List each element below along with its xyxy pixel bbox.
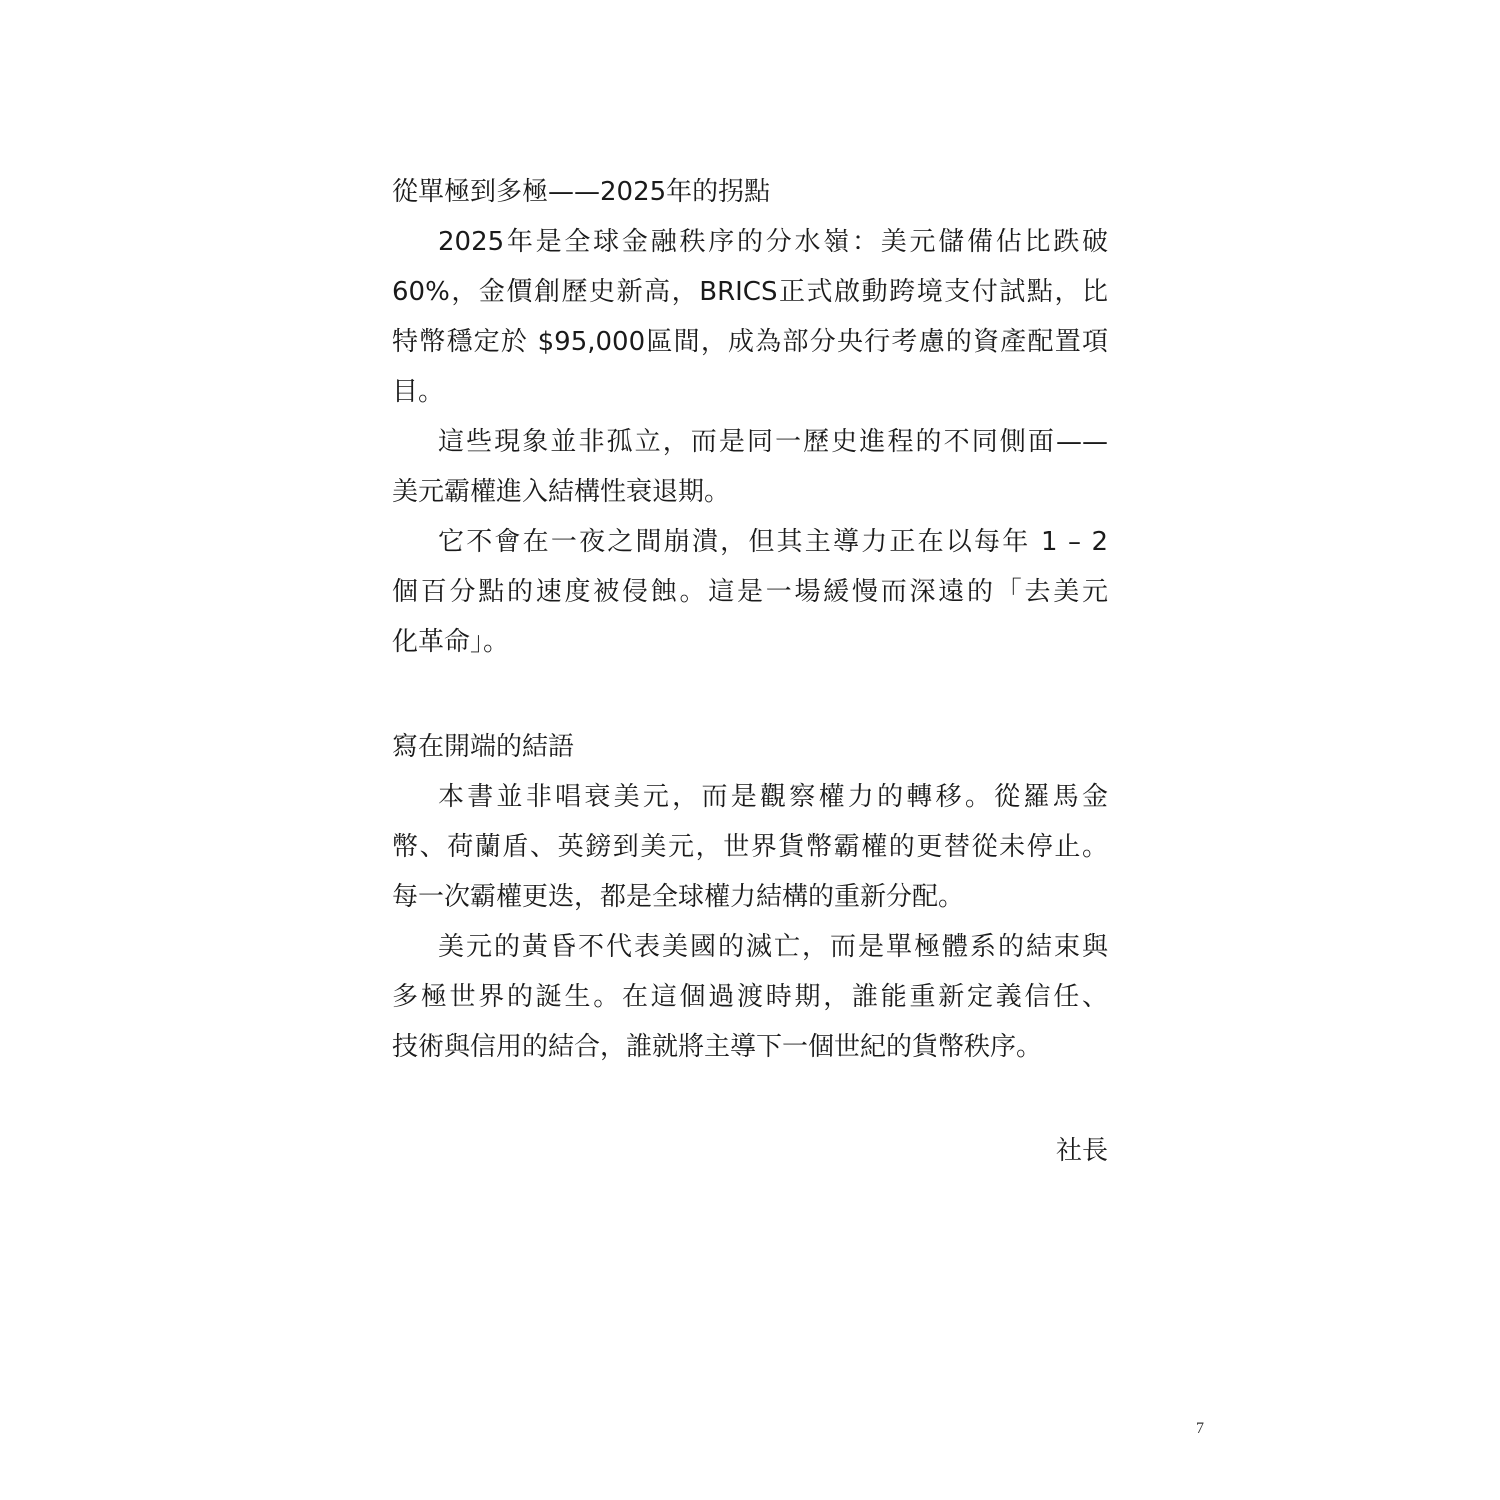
paragraph-line: 它不會在一夜之間崩潰，但其主導力正在以每年 1 – 2 — [392, 517, 1108, 567]
paragraph-line: 這些現象並非孤立，而是同一歷史進程的不同側面—— — [392, 417, 1108, 467]
paragraph-line: 個百分點的速度被侵蝕。這是一場緩慢而深遠的「去美元 — [392, 567, 1108, 617]
section-heading: 從單極到多極——2025年的拐點 — [392, 167, 1108, 217]
paragraph-line: 目。 — [392, 367, 1108, 417]
paragraph-line: 化革命」。 — [392, 617, 1108, 667]
paragraph-line: 60%，金價創歷史新高，BRICS正式啟動跨境支付試點，比 — [392, 267, 1108, 317]
document-page: 從單極到多極——2025年的拐點 2025年是全球金融秩序的分水嶺：美元儲備佔比… — [0, 0, 1500, 1500]
paragraph-line: 美元霸權進入結構性衰退期。 — [392, 467, 1108, 517]
page-number: 7 — [1196, 1420, 1204, 1438]
paragraph-line: 幣、荷蘭盾、英鎊到美元，世界貨幣霸權的更替從未停止。 — [392, 822, 1108, 872]
paragraph-line: 技術與信用的結合，誰就將主導下一個世紀的貨幣秩序。 — [392, 1022, 1108, 1072]
paragraph-line: 特幣穩定於 $95,000區間，成為部分央行考慮的資產配置項 — [392, 317, 1108, 367]
paragraph-line: 本書並非唱衰美元，而是觀察權力的轉移。從羅馬金 — [392, 772, 1108, 822]
paragraph-line: 每一次霸權更迭，都是全球權力結構的重新分配。 — [392, 872, 1108, 922]
section-turning-point: 從單極到多極——2025年的拐點 2025年是全球金融秩序的分水嶺：美元儲備佔比… — [392, 167, 1108, 667]
paragraph-line: 多極世界的誕生。在這個過渡時期，誰能重新定義信任、 — [392, 972, 1108, 1022]
author-signature: 社長 — [1056, 1126, 1108, 1176]
paragraph-line: 美元的黃昏不代表美國的滅亡，而是單極體系的結束與 — [392, 922, 1108, 972]
section-closing-remarks: 寫在開端的結語 本書並非唱衰美元，而是觀察權力的轉移。從羅馬金 幣、荷蘭盾、英鎊… — [392, 722, 1108, 1072]
section-heading: 寫在開端的結語 — [392, 722, 1108, 772]
paragraph-line: 2025年是全球金融秩序的分水嶺：美元儲備佔比跌破 — [392, 217, 1108, 267]
